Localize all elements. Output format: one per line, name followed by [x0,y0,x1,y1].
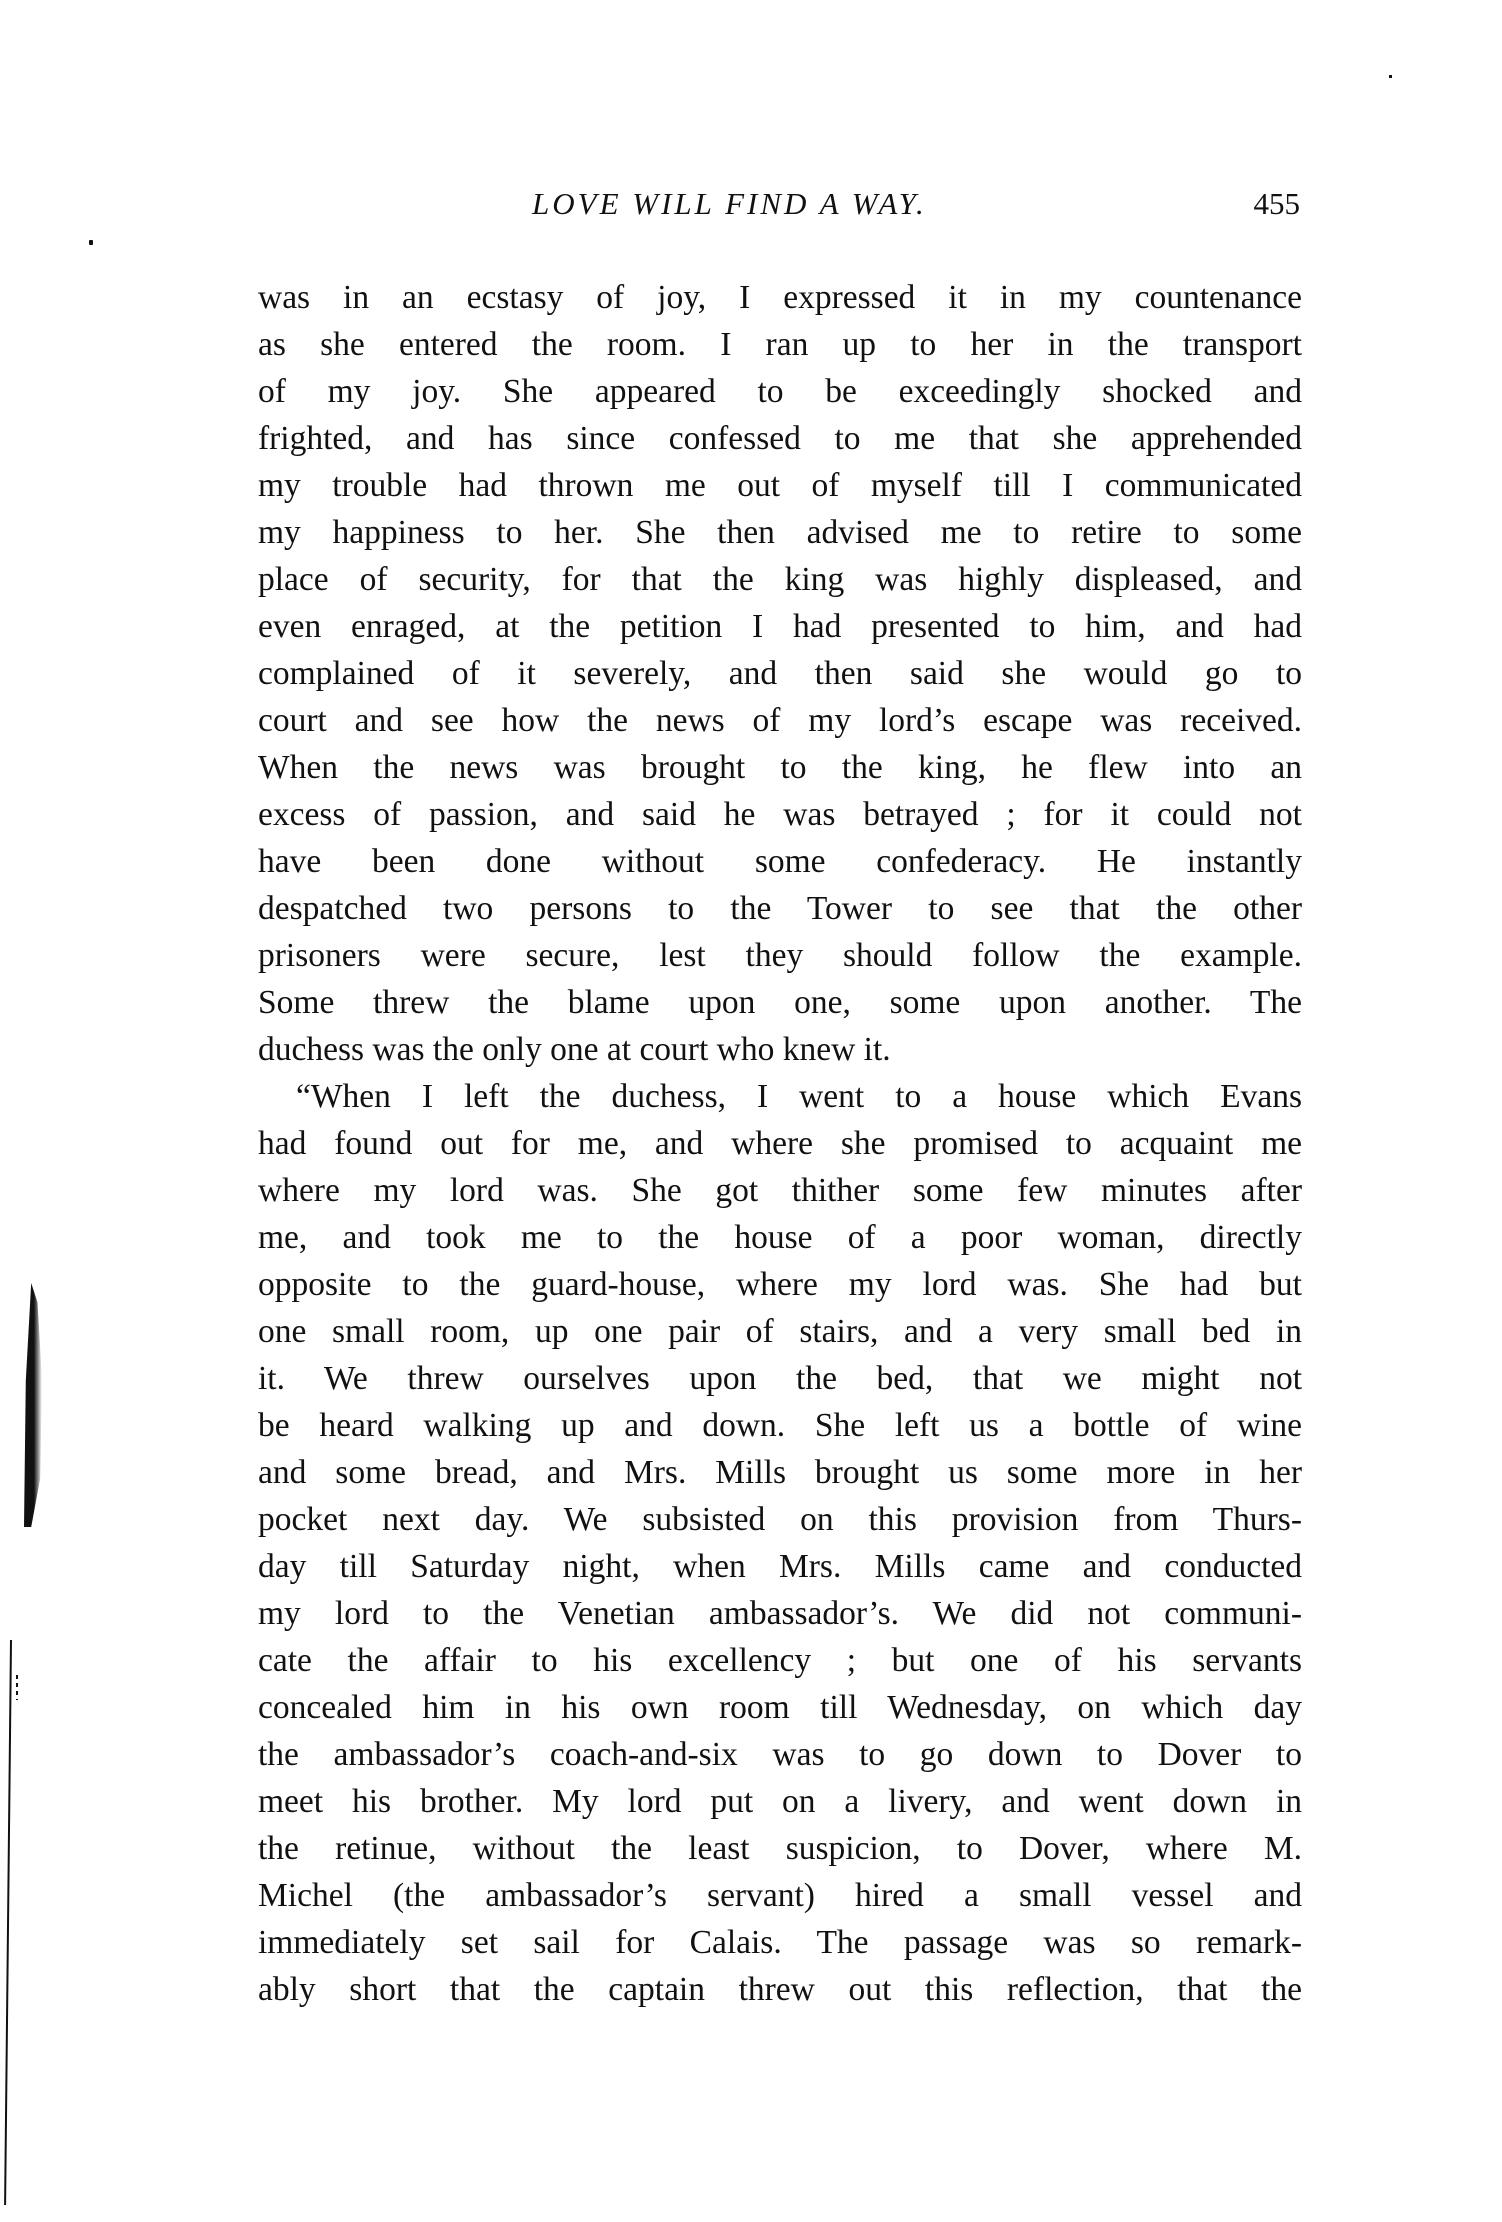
text-line: was in an ecstasy of joy, I expressed it… [258,274,1302,321]
text-line: had found out for me, and where she prom… [258,1120,1302,1167]
page-edge-line [4,1640,12,2205]
text-line: my trouble had thrown me out of myself t… [258,462,1302,509]
text-line: it. We threw ourselves upon the bed, tha… [258,1355,1302,1402]
running-title: LOVE WILL FIND A WAY. [532,186,927,222]
text-line: place of security, for that the king was… [258,556,1302,603]
text-line: meet his brother. My lord put on a liver… [258,1778,1302,1825]
text-line: as she entered the room. I ran up to her… [258,321,1302,368]
text-line: be heard walking up and down. She left u… [258,1402,1302,1449]
text-line: When the news was brought to the king, h… [258,744,1302,791]
text-line: my lord to the Venetian ambassador’s. We… [258,1590,1302,1637]
text-line: excess of passion, and said he was betra… [258,791,1302,838]
text-line: Some threw the blame upon one, some upon… [258,979,1302,1026]
text-line: concealed him in his own room till Wedne… [258,1684,1302,1731]
body-text: was in an ecstasy of joy, I expressed it… [258,274,1302,2013]
text-line: my happiness to her. She then advised me… [258,509,1302,556]
text-line: complained of it severely, and then said… [258,650,1302,697]
text-line: day till Saturday night, when Mrs. Mills… [258,1543,1302,1590]
text-line: ably short that the captain threw out th… [258,1966,1302,2013]
text-line: prisoners were secure, lest they should … [258,932,1302,979]
text-line: me, and took me to the house of a poor w… [258,1214,1302,1261]
page-number: 455 [1254,186,1301,222]
text-line: the ambassador’s coach-and-six was to go… [258,1731,1302,1778]
text-line: where my lord was. She got thither some … [258,1167,1302,1214]
paragraph-2: “When I left the duchess, I went to a ho… [258,1073,1302,2013]
text-line: have been done without some confederacy.… [258,838,1302,885]
text-line: opposite to the guard-house, where my lo… [258,1261,1302,1308]
scan-speck [89,240,93,245]
text-line: Michel (the ambassador’s servant) hired … [258,1872,1302,1919]
text-line: and some bread, and Mrs. Mills brought u… [258,1449,1302,1496]
text-line: duchess was the only one at court who kn… [258,1026,1302,1073]
text-line: the retinue, without the least suspicion… [258,1825,1302,1872]
text-line: immediately set sail for Calais. The pas… [258,1919,1302,1966]
text-line: frighted, and has since confessed to me … [258,415,1302,462]
running-head: LOVE WILL FIND A WAY. 455 [258,180,1302,230]
page-edge-dash [16,1675,18,1700]
text-line: even enraged, at the petition I had pres… [258,603,1302,650]
text-line: one small room, up one pair of stairs, a… [258,1308,1302,1355]
paragraph-1: was in an ecstasy of joy, I expressed it… [258,274,1302,1073]
text-line: of my joy. She appeared to be exceedingl… [258,368,1302,415]
text-line: “When I left the duchess, I went to a ho… [258,1073,1302,1120]
text-line: pocket next day. We subsisted on this pr… [258,1496,1302,1543]
text-line: cate the affair to his excellency ; but … [258,1637,1302,1684]
scan-speck [1389,75,1392,78]
text-line: court and see how the news of my lord’s … [258,697,1302,744]
book-page: LOVE WILL FIND A WAY. 455 was in an ecst… [0,0,1502,2222]
text-line: despatched two persons to the Tower to s… [258,885,1302,932]
binding-shadow [24,1283,42,1527]
